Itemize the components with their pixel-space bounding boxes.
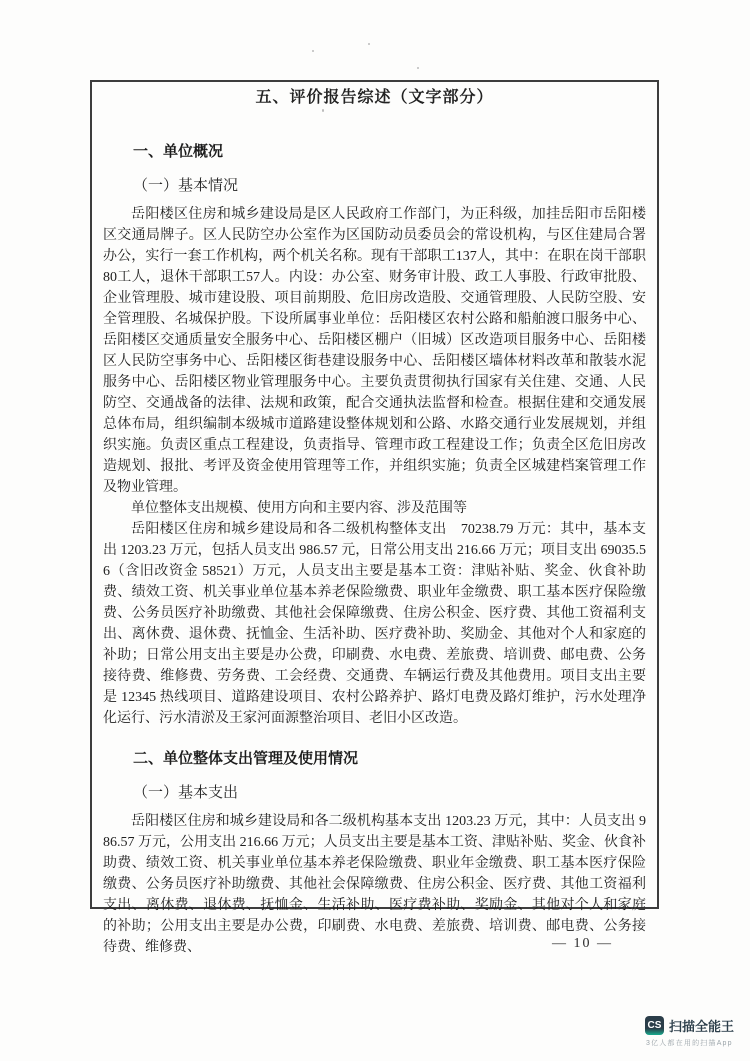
scan-speck — [417, 67, 419, 69]
subheading-basic-expenditure: （一）基本支出 — [103, 783, 646, 803]
camscanner-watermark: CS 扫描全能王 3亿人都在用的扫描App — [645, 1016, 745, 1048]
scan-speck — [322, 109, 324, 112]
page-number: — 10 — — [552, 936, 613, 952]
camscanner-app-name: 扫描全能王 — [669, 1016, 734, 1035]
section-heading-unit-overview: 一、单位概况 — [103, 142, 646, 162]
paragraph-overall-expenditure: 岳阳楼区住房和城乡建设局和各二级机构整体支出 70238.79 万元：其中，基本… — [103, 519, 646, 729]
scan-speck — [312, 50, 314, 52]
camscanner-logo-row: CS 扫描全能王 — [645, 1016, 745, 1035]
paragraph-expenditure-scope-lead: 单位整体支出规模、使用方向和主要内容、涉及范围等 — [103, 498, 646, 519]
camscanner-tagline: 3亿人都在用的扫描App — [645, 1038, 745, 1048]
document-border-box: 五、评价报告综述（文字部分） 一、单位概况 （一）基本情况 岳阳楼区住房和城乡建… — [90, 80, 659, 909]
scan-speck — [368, 43, 370, 45]
section-unit-overview: 一、单位概况 （一）基本情况 岳阳楼区住房和城乡建设局是区人民政府工作部门，为正… — [103, 142, 646, 729]
document-title: 五、评价报告综述（文字部分） — [103, 88, 646, 108]
paragraph-unit-description: 岳阳楼区住房和城乡建设局是区人民政府工作部门，为正科级，加挂岳阳市岳阳楼区交通局… — [103, 204, 646, 498]
section-expenditure-management: 二、单位整体支出管理及使用情况 （一）基本支出 岳阳楼区住房和城乡建设局和各二级… — [103, 749, 646, 958]
subheading-basic-situation: （一）基本情况 — [103, 176, 646, 196]
section-heading-expenditure-management: 二、单位整体支出管理及使用情况 — [103, 749, 646, 769]
camscanner-cs-icon: CS — [645, 1016, 664, 1035]
